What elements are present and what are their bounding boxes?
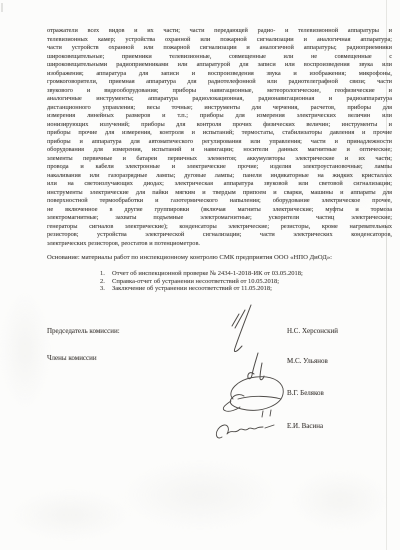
paragraph-line: широковещательные; приемники телевизионн…: [47, 53, 392, 62]
signature-vasina: [216, 425, 274, 438]
paragraph-line: генераторы сигналов электрические); конд…: [47, 223, 392, 232]
signatory-name-vasina: Е.И. Васина: [287, 422, 323, 430]
paragraph-line: громкоговорители, приемная аппаратура дл…: [47, 78, 392, 87]
list-item-text: Заключение об устранении несоответствий …: [112, 285, 380, 293]
paragraph-line: или на светоизлучающих диодах; электриче…: [47, 180, 392, 189]
scanned-document-page: отражатели всех видов и их части; части …: [0, 0, 400, 550]
signature-khersonskiy: [232, 305, 251, 352]
paragraph-line: инструменты электрические для пайки мягк…: [47, 189, 392, 198]
basis-list-item: 2. Справка-отчет об устранении несоответ…: [100, 278, 380, 286]
scan-noise: [290, 470, 390, 530]
paragraph-line: не включенное в другие группировки (вклю…: [47, 206, 392, 215]
signatory-name-belyakov: В.Г. Беляков: [287, 389, 324, 397]
paragraph-line: дистанционного управления; весы точные; …: [47, 104, 392, 113]
paragraph-line: элементы первичные и батареи первичных э…: [47, 155, 392, 164]
paragraph-line: приборы и аппаратура для автоматического…: [47, 138, 392, 147]
basis-heading: Основание: материалы работ по инспекцион…: [47, 254, 392, 261]
equipment-list-paragraph: отражатели всех видов и их части; части …: [47, 27, 392, 248]
scan-speck: [1, 3, 3, 12]
paragraph-line: измерения линейных размеров и т.п.; приб…: [47, 112, 392, 121]
signature-ulyanov: [248, 353, 264, 380]
paragraph-line: провода и кабели электронные и электриче…: [47, 163, 392, 172]
members-label: Члены комиссии: [47, 354, 97, 362]
paragraph-line: электрических резисторов, реостатов и по…: [47, 240, 392, 249]
paragraph-line: изображения; аппаратура для записи и вос…: [47, 70, 392, 79]
chairman-label: Председатель комиссии:: [47, 327, 120, 335]
paragraph-line: аналогичные инструменты; аппаратура ради…: [47, 95, 392, 104]
paragraph-line: ионизирующих излучений; приборы для конт…: [47, 121, 392, 130]
basis-list-item: 1. Отчет об инспекционной проверке № 243…: [100, 270, 380, 278]
list-item-text: Отчет об инспекционной проверке № 2434-1…: [112, 270, 380, 278]
paragraph-line: накаливания или газоразрядные лампы; дуг…: [47, 172, 392, 181]
basis-list: 1. Отчет об инспекционной проверке № 243…: [100, 270, 380, 293]
paragraph-line: оборудования для измерения, испытаний и …: [47, 146, 392, 155]
paragraph-line: электромагнитные; захваты подъемные элек…: [47, 214, 392, 223]
scan-noise: [120, 460, 280, 530]
paragraph-line: части устройств охранной или пожарной си…: [47, 44, 392, 53]
paragraph-line: отражатели всех видов и их части; части …: [47, 27, 392, 36]
list-item-number: 1.: [100, 270, 112, 278]
paragraph-line: поверхностной термообработки и газотерми…: [47, 197, 392, 206]
paragraph-line: звукового и видеооборудования; приборы н…: [47, 87, 392, 96]
scan-noise: [10, 490, 130, 540]
signatory-name-khersonskiy: Н.С. Херсонский: [287, 327, 338, 335]
basis-list-item: 3. Заключение об устранении несоответств…: [100, 285, 380, 293]
paragraph-line: резисторов; устройства электрической сиг…: [47, 231, 392, 240]
list-item-number: 3.: [100, 285, 112, 293]
list-item-number: 2.: [100, 278, 112, 286]
signatory-name-ulyanov: М.С. Ульянов: [287, 357, 328, 365]
signature-belyakov: [223, 377, 283, 417]
paragraph-line: телевизионных камер; устройства охранной…: [47, 36, 392, 45]
list-item-text: Справка-отчет об устранении несоответств…: [112, 278, 380, 286]
scan-noise: [0, 290, 50, 410]
paragraph-line: широковещательными радиоприемниками или …: [47, 61, 392, 70]
paragraph-line: приборы прочие для измерения, контроля и…: [47, 129, 392, 138]
